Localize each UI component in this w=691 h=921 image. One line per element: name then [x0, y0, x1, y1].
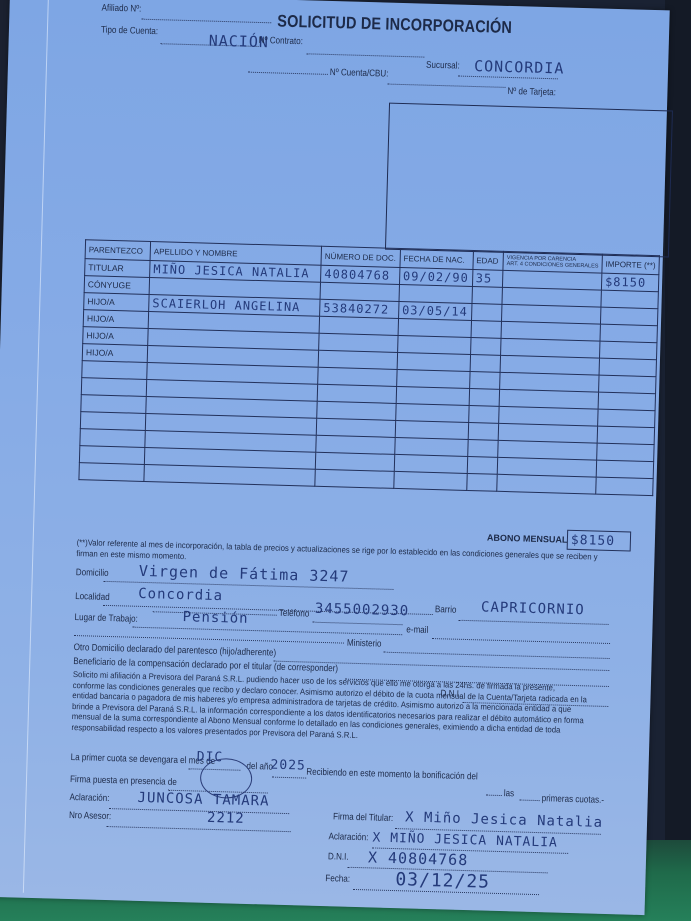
- paper-fold-line: [23, 0, 49, 893]
- cell-importe[interactable]: [600, 307, 658, 326]
- nro-asesor-value: 2212: [207, 810, 245, 827]
- fecha-label: Fecha:: [325, 873, 350, 885]
- cell-fecha_nac[interactable]: [397, 335, 470, 354]
- cell-importe[interactable]: $8150: [601, 273, 659, 292]
- header-numero-doc: NÚMERO DE DOC.: [321, 246, 400, 267]
- cell-doc[interactable]: [317, 384, 396, 403]
- telefono-label: Teléfono: [279, 608, 310, 620]
- cell-importe[interactable]: [599, 358, 657, 377]
- ministerio-label: Ministerio: [347, 638, 382, 650]
- barrio-label: Barrio: [435, 604, 457, 616]
- barrio-value: CAPRICORNIO: [481, 599, 585, 618]
- cell-parentezco[interactable]: [81, 395, 146, 414]
- cell-doc[interactable]: 40804768: [321, 265, 400, 284]
- cell-edad[interactable]: [467, 439, 498, 457]
- cell-doc[interactable]: [316, 435, 395, 454]
- cell-edad[interactable]: [471, 304, 502, 322]
- tipo-cuenta-extra-line: [248, 71, 328, 75]
- cell-importe[interactable]: [597, 443, 655, 462]
- cell-parentezco[interactable]: HIJO/A: [83, 327, 148, 346]
- cell-fecha_nac[interactable]: [395, 403, 468, 422]
- cell-importe[interactable]: [596, 477, 654, 496]
- dni-titular-label: D.N.I.: [328, 851, 349, 863]
- cell-fecha_nac[interactable]: [395, 437, 468, 456]
- email-field[interactable]: [432, 637, 610, 644]
- cell-parentezco[interactable]: [80, 429, 145, 448]
- email-label: e-mail: [406, 624, 428, 636]
- legal-text: Solicito mi afiliación a Previsora del P…: [71, 669, 588, 746]
- cell-doc[interactable]: 53840272: [320, 299, 399, 318]
- cell-edad[interactable]: [467, 456, 498, 474]
- abono-mensual-value: $8150: [568, 533, 616, 549]
- ministerio-field[interactable]: [384, 651, 610, 659]
- barrio-field[interactable]: [459, 619, 609, 625]
- cell-nombre[interactable]: [144, 464, 315, 486]
- sucursal-value: CONCORDIA: [474, 57, 565, 78]
- card-number-box[interactable]: [385, 103, 673, 258]
- localidad-label: Localidad: [75, 591, 110, 603]
- primer-cuota-anio-field[interactable]: [272, 776, 306, 779]
- cell-fecha_nac[interactable]: [398, 318, 471, 337]
- cell-importe[interactable]: [600, 324, 658, 343]
- cell-edad[interactable]: [466, 473, 497, 491]
- cell-importe[interactable]: [597, 426, 655, 445]
- family-table: PARENTEZCO APELLIDO Y NOMBRE NÚMERO DE D…: [78, 239, 660, 496]
- bonificacion-field[interactable]: [486, 794, 502, 796]
- afiliado-field[interactable]: [141, 18, 271, 24]
- firma-titular-label: Firma del Titular:: [333, 811, 393, 824]
- dni-titular-value: X 40804768: [368, 848, 469, 869]
- cell-fecha_nac[interactable]: 03/05/14: [398, 301, 471, 320]
- afiliado-label: Afiliado Nº:: [101, 3, 141, 15]
- telefono-value: 3455002930: [315, 601, 410, 620]
- cell-vigencia[interactable]: [497, 474, 596, 494]
- cell-fecha_nac[interactable]: [396, 369, 469, 388]
- aclaracion-asesor-value: JUNCOSA TAMARA: [137, 790, 269, 810]
- trabajo-label: Lugar de Trabajo:: [74, 612, 138, 625]
- primer-cuota-anio-value: 2025: [270, 758, 306, 774]
- trabajo-field[interactable]: [132, 626, 402, 636]
- abono-mensual-box[interactable]: $8150: [567, 530, 632, 552]
- primer-cuota-text: La primer cuota se devengara el mes de: [70, 752, 215, 767]
- cell-fecha_nac[interactable]: [394, 454, 467, 473]
- cell-parentezco[interactable]: [79, 446, 144, 465]
- cell-fecha_nac[interactable]: [396, 386, 469, 405]
- sucursal-label: Sucursal:: [426, 60, 460, 72]
- cell-importe[interactable]: [598, 392, 656, 411]
- cell-doc[interactable]: [318, 367, 397, 386]
- cell-fecha_nac[interactable]: [394, 471, 467, 490]
- cell-parentezco[interactable]: HIJO/A: [84, 293, 149, 312]
- cell-edad[interactable]: [469, 371, 500, 389]
- cell-importe[interactable]: [601, 290, 659, 309]
- domicilio-label: Domicilio: [76, 567, 109, 579]
- cuenta-cbu-field[interactable]: [388, 83, 506, 88]
- tipo-cuenta-label: Tipo de Cuenta:: [101, 25, 158, 38]
- cell-parentezco[interactable]: [80, 412, 145, 431]
- cell-edad[interactable]: [472, 287, 503, 305]
- bonificacion-las-label: las: [504, 788, 515, 799]
- cell-parentezco[interactable]: HIJO/A: [82, 344, 147, 363]
- cell-edad[interactable]: [470, 337, 501, 355]
- cell-parentezco[interactable]: [81, 378, 146, 397]
- cell-fecha_nac[interactable]: [399, 284, 472, 303]
- cell-edad[interactable]: [471, 321, 502, 339]
- cell-parentezco[interactable]: HIJO/A: [83, 310, 148, 329]
- primeras-cuotas-label: primeras cuotas.-: [542, 793, 605, 806]
- cell-edad[interactable]: 35: [472, 270, 503, 288]
- cell-doc[interactable]: [319, 333, 398, 352]
- cell-doc[interactable]: [318, 350, 397, 369]
- cell-doc[interactable]: [315, 469, 394, 488]
- cell-doc[interactable]: [316, 418, 395, 437]
- presencia-label: Firma puesta en presencia de: [70, 774, 177, 788]
- header-importe: IMPORTE (**): [602, 254, 660, 275]
- telefono-field[interactable]: [313, 621, 403, 626]
- header-parentezco: PARENTEZCO: [85, 240, 151, 261]
- cell-importe[interactable]: [599, 341, 657, 360]
- nro-asesor-label: Nro Asesor:: [69, 810, 111, 822]
- ministerio-leading-line: [74, 634, 344, 644]
- nro-asesor-field[interactable]: [107, 825, 291, 832]
- header-fecha-nac: FECHA DE NAC.: [400, 248, 473, 269]
- cell-edad[interactable]: [468, 405, 499, 423]
- contrato-label: Nº Contrato:: [259, 35, 304, 47]
- header-vigencia-subtitle: ART. 4 CONDICIONES GENERALES: [507, 261, 599, 270]
- cell-parentezco[interactable]: [82, 361, 147, 380]
- cell-edad[interactable]: [468, 422, 499, 440]
- bonificacion-text: Recibiendo en este momento la bonificaci…: [306, 767, 478, 783]
- abono-mensual-label: ABONO MENSUAL: [487, 533, 568, 545]
- contrato-field[interactable]: [306, 52, 424, 57]
- cell-importe[interactable]: [598, 409, 656, 428]
- cell-importe[interactable]: [598, 375, 656, 394]
- cell-edad[interactable]: [469, 388, 500, 406]
- localidad-value: Concordia: [138, 586, 223, 604]
- cell-parentezco[interactable]: TITULAR: [85, 259, 150, 278]
- cell-parentezco[interactable]: CÓNYUGE: [84, 276, 149, 295]
- fecha-value: 03/12/25: [395, 869, 490, 893]
- form-title: SOLICITUD DE INCORPORACIÓN: [277, 11, 512, 38]
- cell-fecha_nac[interactable]: 09/02/90: [399, 267, 472, 286]
- cell-doc[interactable]: [319, 316, 398, 335]
- cell-importe[interactable]: [596, 460, 654, 479]
- cuenta-cbu-label: Nº Cuenta/CBU:: [330, 67, 389, 80]
- cell-parentezco[interactable]: [79, 463, 144, 482]
- tarjeta-label: Nº de Tarjeta:: [507, 86, 556, 98]
- trabajo-value: Pensión: [182, 609, 248, 627]
- cell-doc[interactable]: [315, 452, 394, 471]
- aclaracion-titular-label: Aclaración:: [328, 831, 368, 843]
- cell-doc[interactable]: [320, 282, 399, 301]
- cell-fecha_nac[interactable]: [395, 420, 468, 439]
- cell-fecha_nac[interactable]: [397, 352, 470, 371]
- header-edad: EDAD: [473, 251, 504, 271]
- cuotas-field[interactable]: [520, 799, 540, 802]
- form-paper: Afiliado Nº: SOLICITUD DE INCORPORACIÓN …: [0, 0, 670, 915]
- cell-edad[interactable]: [470, 354, 501, 372]
- cell-doc[interactable]: [317, 401, 396, 420]
- aclaracion-asesor-label: Aclaración:: [69, 792, 109, 804]
